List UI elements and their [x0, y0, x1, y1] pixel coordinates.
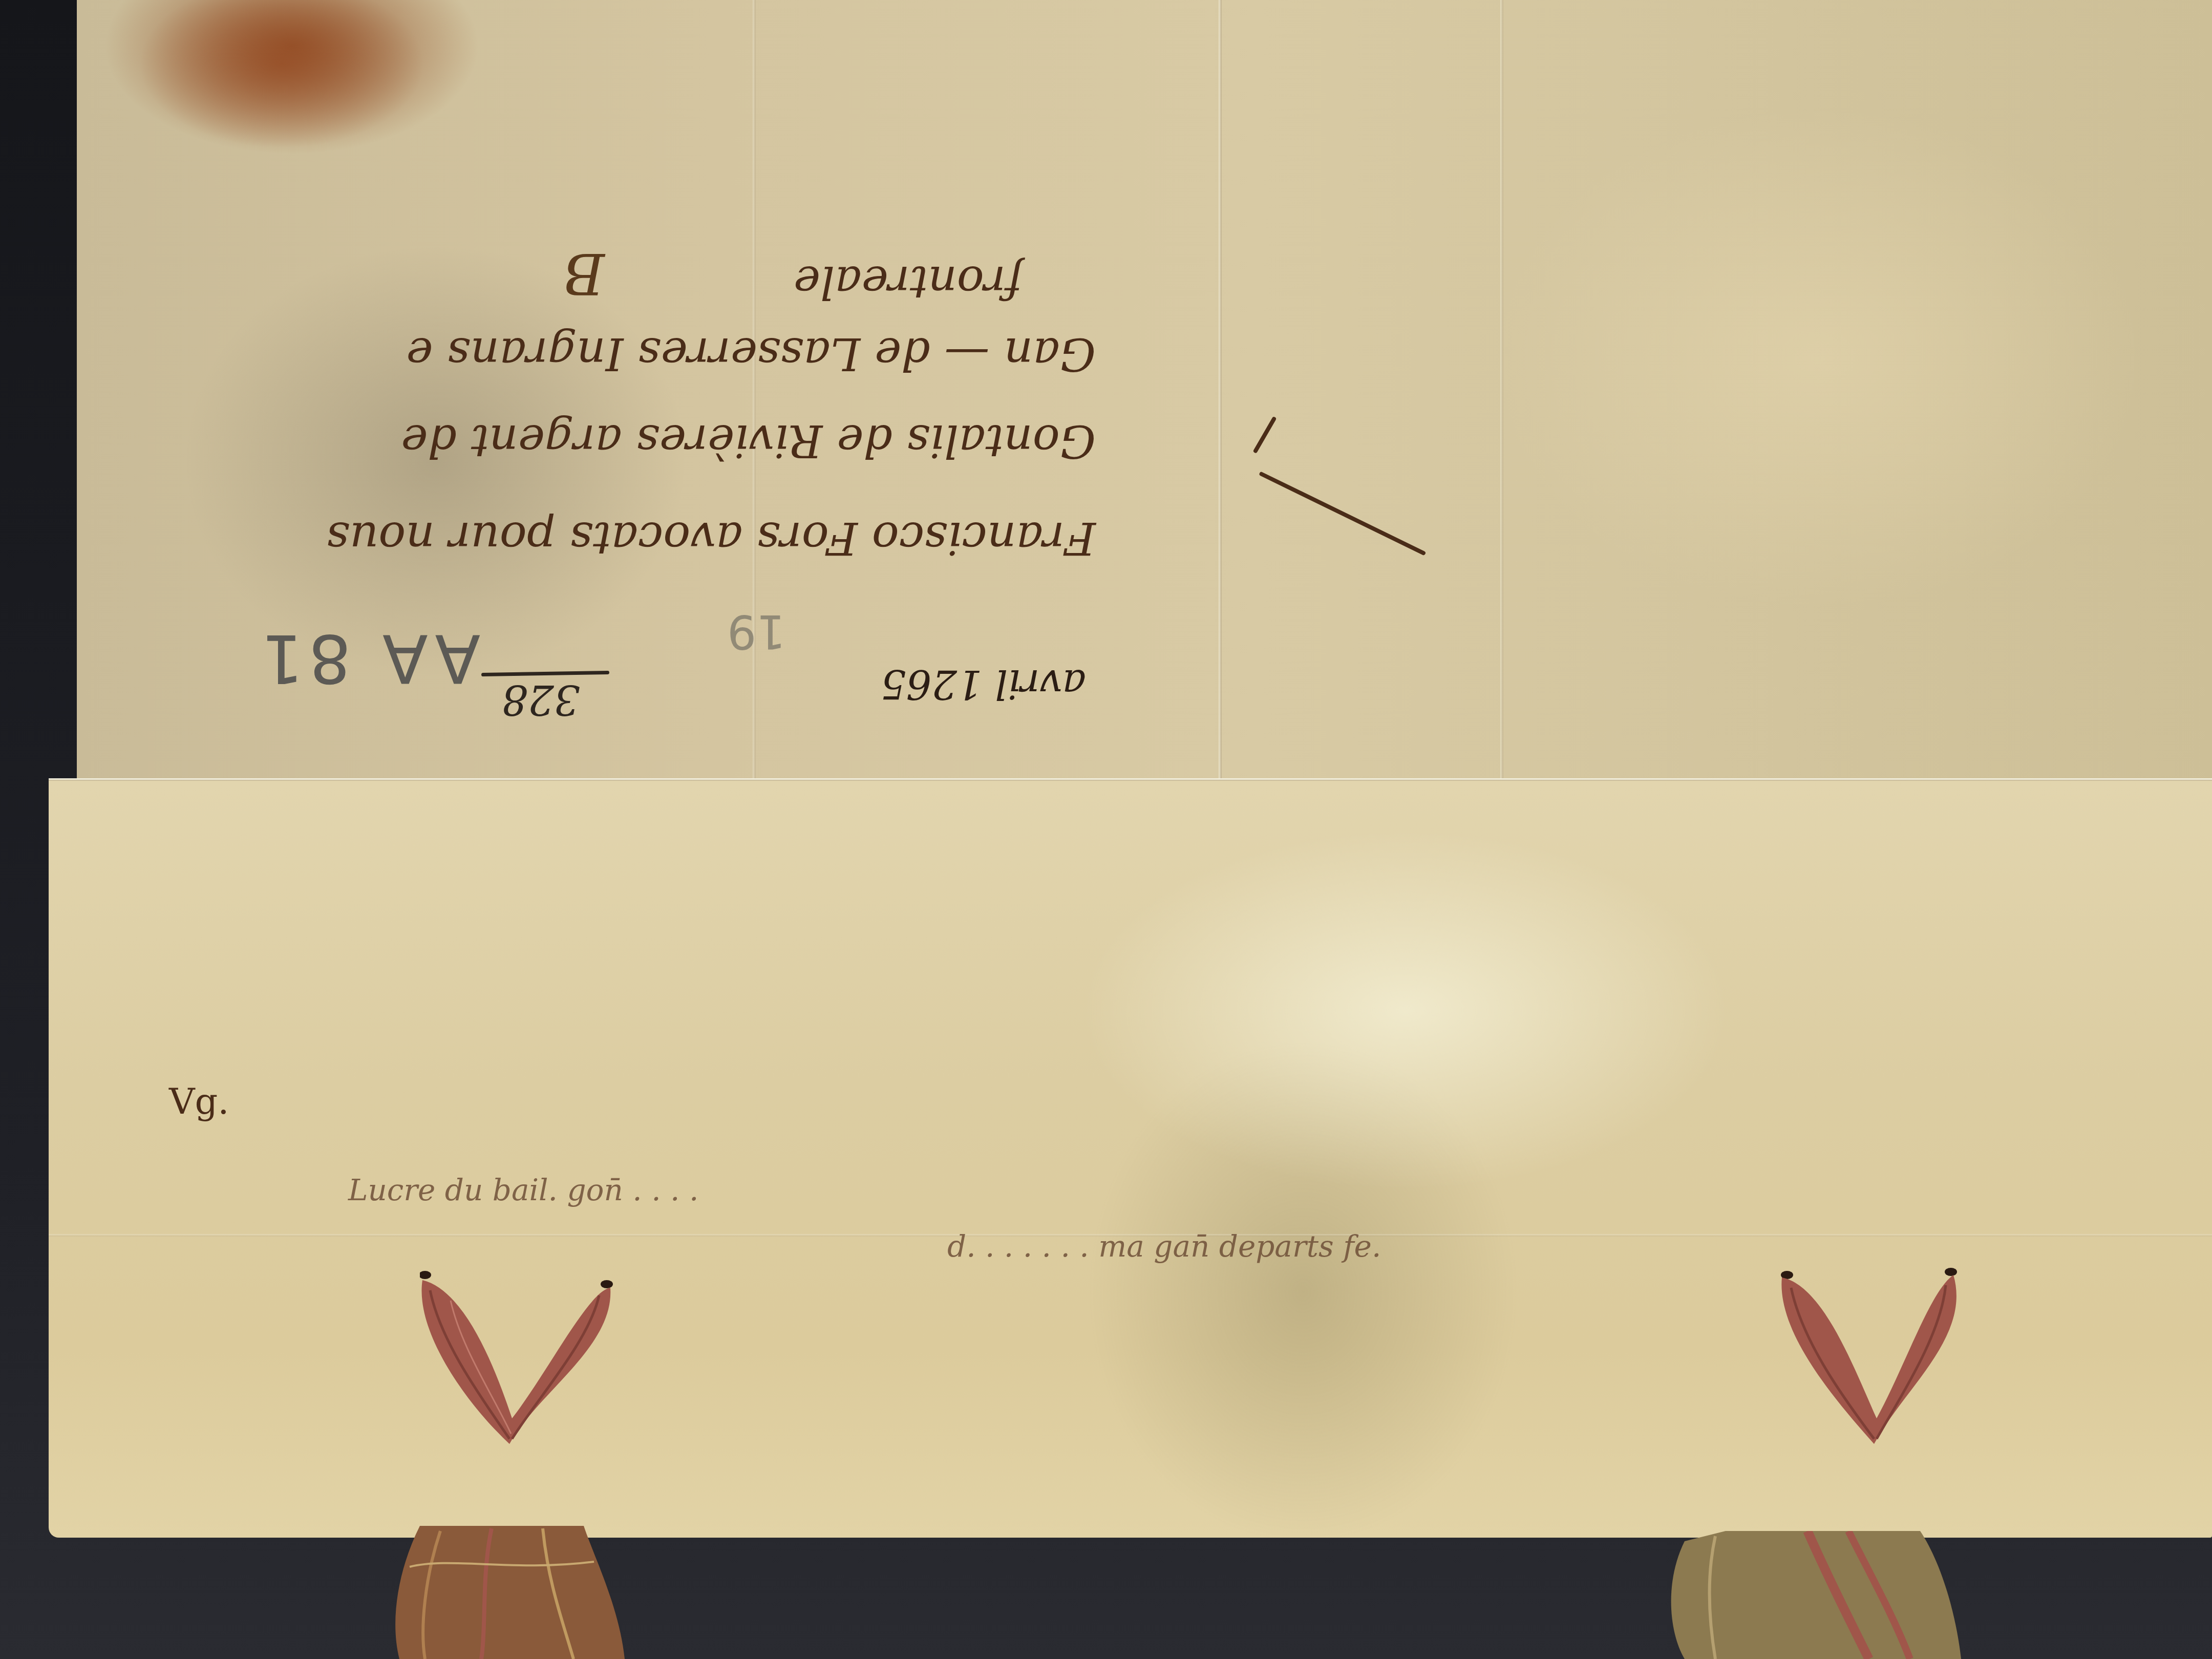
plica-marginal-mark: Vg. — [169, 1080, 229, 1122]
dorsal-note-line: B — [563, 241, 605, 306]
seal-cord-tassel-left — [379, 1526, 645, 1659]
seal-cord-tassel-right — [1654, 1531, 1982, 1659]
inventory-number: 328 — [502, 676, 580, 724]
horizontal-crease — [49, 778, 2212, 781]
seal-cord-right — [1777, 1265, 1992, 1480]
date-note: avril 1265 — [881, 661, 1086, 707]
penciled-number: 19 — [727, 604, 786, 658]
dorsal-note-line: frontreale — [794, 256, 1023, 309]
seal-cord-left — [420, 1270, 635, 1485]
plica-inscription-line: Lucre du bail. gon̄ . . . . — [348, 1173, 698, 1207]
archival-call-number: AA 81 — [256, 620, 480, 697]
dorsal-note-line: Francisco Fors avocats pour nous — [92, 512, 1096, 565]
dorsal-note-line: Gontalis de Rivières argent de — [92, 415, 1096, 467]
plica-inscription-line: d. . . . . . . ma gan̄ departs fe. — [947, 1229, 1381, 1264]
dorsal-note-line: Gan — de Lasserres Ingrans e — [92, 328, 1096, 380]
